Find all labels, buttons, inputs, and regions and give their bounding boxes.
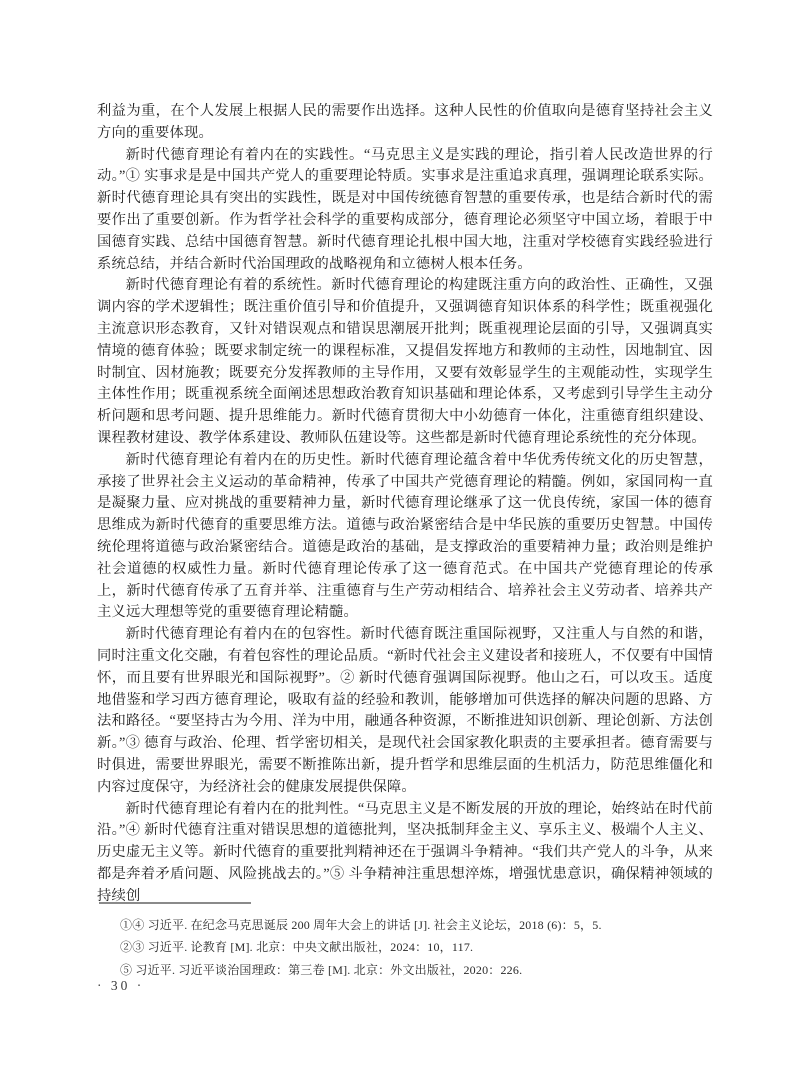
- paragraph-criticality: 新时代德育理论有着内在的批判性。“马克思主义是不断发展的开放的理论，始终站在时代…: [97, 799, 713, 908]
- footnote-3: ⑤ 习近平. 习近平谈治国理政：第三卷 [M]. 北京：外文出版社，2020：2…: [120, 959, 720, 981]
- paragraph-historicity: 新时代德育理论有着内在的历史性。新时代德育理论蕴含着中华优秀传统文化的历史智慧，…: [97, 450, 713, 624]
- body-text: 利益为重，在个人发展上根据人民的需要作出选择。这种人民性的价值取向是德育坚持社会…: [97, 101, 713, 907]
- paragraph-systematicness: 新时代德育理论有着的系统性。新时代德育理论的构建既注重方向的政治性、正确性，又强…: [97, 275, 713, 449]
- document-page: 利益为重，在个人发展上根据人民的需要作出选择。这种人民性的价值取向是德育坚持社会…: [0, 0, 800, 1077]
- footnote-separator: [99, 902, 251, 904]
- paragraph-inclusiveness: 新时代德育理论有着内在的包容性。新时代德育既注重国际视野，又注重人与自然的和谐，…: [97, 624, 713, 798]
- paragraph-continuation: 利益为重，在个人发展上根据人民的需要作出选择。这种人民性的价值取向是德育坚持社会…: [97, 101, 713, 145]
- paragraph-practicality: 新时代德育理论有着内在的实践性。“马克思主义是实践的理论，指引着人民改造世界的行…: [97, 145, 713, 276]
- page-number: · 30 ·: [97, 978, 144, 994]
- footnote-1: ①④ 习近平. 在纪念马克思诞辰 200 周年大会上的讲话 [J]. 社会主义论…: [120, 914, 720, 936]
- footnotes: ①④ 习近平. 在纪念马克思诞辰 200 周年大会上的讲话 [J]. 社会主义论…: [120, 914, 720, 981]
- footnote-2: ②③ 习近平. 论教育 [M]. 北京：中央文献出版社，2024：10，117.: [120, 936, 720, 958]
